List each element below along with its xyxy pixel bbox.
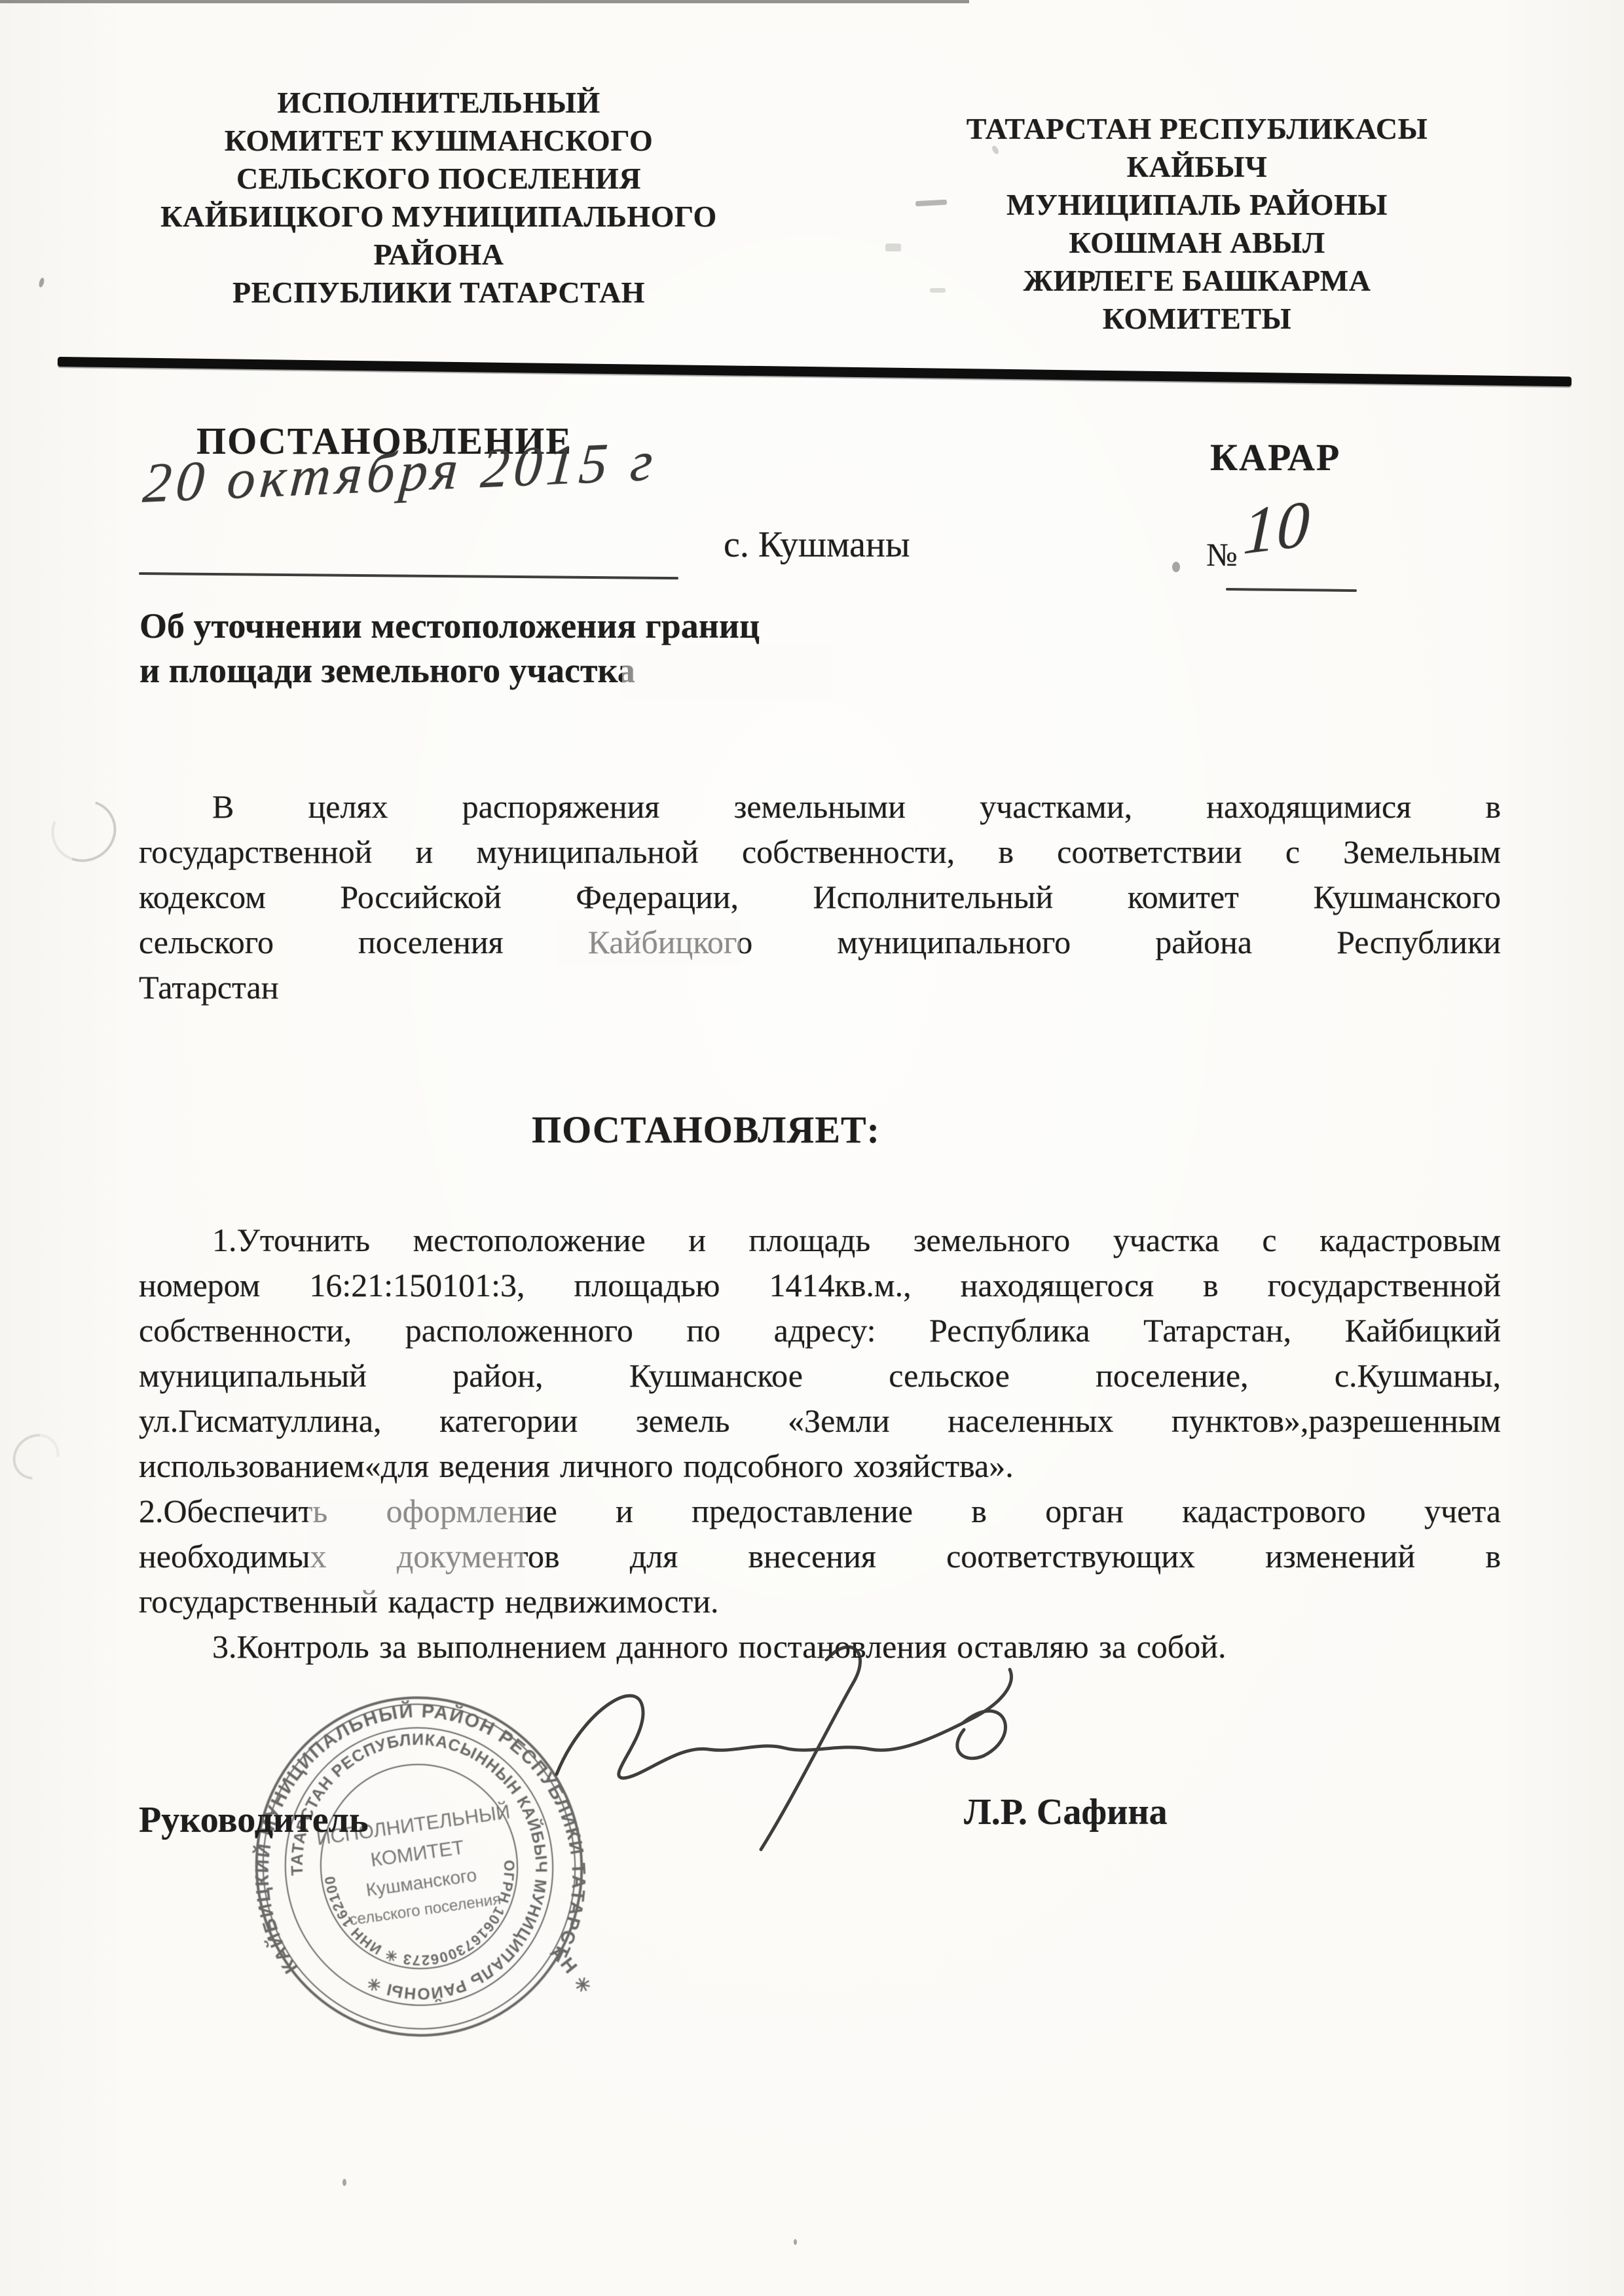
letterhead-russian: ИСПОЛНИТЕЛЬНЫЙКОМИТЕТ КУШМАНСКОГОСЕЛЬСКО…	[118, 84, 760, 312]
text-line: ТАТАРСТАН РЕСПУБЛИКАСЫ	[889, 110, 1505, 148]
text-line: КАЙБЫЧ	[889, 148, 1505, 186]
header-divider-line	[58, 357, 1572, 386]
letterhead-tatar-lines: ТАТАРСТАН РЕСПУБЛИКАСЫКАЙБЫЧМУНИЦИПАЛЬ Р…	[889, 110, 1505, 338]
ink-dot-artifact	[1172, 562, 1180, 572]
text-line: собственности, расположенного по адресу:…	[139, 1308, 1501, 1353]
svg-text:КОМИТЕТ: КОМИТЕТ	[369, 1836, 466, 1871]
speck-artifact	[342, 2179, 346, 2186]
speck-artifact	[794, 2239, 797, 2245]
text-line: ИСПОЛНИТЕЛЬНЫЙ	[118, 84, 760, 122]
text-line: государственный кадастр недвижимости.	[139, 1579, 1501, 1624]
intro-paragraph-lines: В целях распоряжения земельными участкам…	[139, 784, 1501, 1010]
text-line: номером 16:21:150101:3, площадью 1414кв.…	[139, 1263, 1501, 1308]
text-line: ул.Гисматуллина, категории земель «Земли…	[139, 1398, 1501, 1444]
text-line: и площади земельного участка	[139, 648, 1056, 693]
text-line: Об уточнении местоположения границ	[139, 604, 1056, 648]
date-underline	[139, 572, 678, 579]
subject-heading: Об уточнении местоположения граници площ…	[139, 604, 1056, 693]
text-line: КОМИТЕТ КУШМАНСКОГО	[118, 122, 760, 160]
text-line: сельского поселения Кайбицкого муниципал…	[139, 920, 1501, 965]
text-line: КАЙБИЦКОГО МУНИЦИПАЛЬНОГО	[118, 198, 760, 236]
signer-name: Л.Р. Сафина	[964, 1791, 1168, 1833]
text-line: 2.Обеспечить оформление и предоставление…	[139, 1489, 1501, 1534]
handwritten-number: 10	[1242, 485, 1312, 570]
text-line: РЕСПУБЛИКИ ТАТАРСТАН	[118, 274, 760, 312]
text-line: Татарстан	[139, 965, 1501, 1010]
item-2-paragraph: 2.Обеспечить оформление и предоставление…	[139, 1489, 1501, 1624]
text-line: государственной и муниципальной собствен…	[139, 829, 1501, 875]
letterhead-russian-lines: ИСПОЛНИТЕЛЬНЫЙКОМИТЕТ КУШМАНСКОГОСЕЛЬСКО…	[118, 84, 760, 312]
text-line: 1.Уточнить местоположение и площадь земе…	[139, 1218, 1501, 1263]
intro-paragraph: В целях распоряжения земельными участкам…	[139, 784, 1501, 1010]
text-line: ЖИРЛЕГЕ БАШКАРМА	[889, 262, 1505, 300]
text-line: РАЙОНА	[118, 236, 760, 274]
resolves-heading: ПОСТАНОВЛЯЕТ:	[532, 1108, 880, 1152]
text-line: КОШМАН АВЫЛ	[889, 224, 1505, 262]
text-line: КОМИТЕТЫ	[889, 300, 1505, 338]
place-label: с. Кушманы	[724, 524, 910, 566]
speck-artifact	[38, 277, 45, 287]
text-line: кодексом Российской Федерации, Исполните…	[139, 875, 1501, 920]
scan-ring-artifact	[41, 789, 126, 872]
item-1-paragraph: 1.Уточнить местоположение и площадь земе…	[139, 1218, 1501, 1489]
text-line: использованием«для ведения личного подсо…	[139, 1444, 1501, 1489]
number-underline	[1226, 588, 1357, 592]
scan-ring-artifact	[3, 1425, 68, 1489]
text-line: МУНИЦИПАЛЬ РАЙОНЫ	[889, 186, 1505, 224]
text-line: СЕЛЬСКОГО ПОСЕЛЕНИЯ	[118, 160, 760, 198]
text-line: необходимых документов для внесения соот…	[139, 1534, 1501, 1579]
number-sign: №	[1206, 536, 1238, 574]
text-line: муниципальный район, Кушманское сельское…	[139, 1353, 1501, 1398]
svg-text:Кушманского: Кушманского	[365, 1865, 478, 1900]
signer-title: Руководитель	[139, 1799, 369, 1841]
subject-heading-lines: Об уточнении местоположения граници площ…	[139, 604, 1056, 693]
scanned-decree-page: ИСПОЛНИТЕЛЬНЫЙКОМИТЕТ КУШМАНСКОГОСЕЛЬСКО…	[0, 0, 1624, 2296]
item-1-lines: 1.Уточнить местоположение и площадь земе…	[139, 1218, 1501, 1489]
letterhead-tatar: ТАТАРСТАН РЕСПУБЛИКАСЫКАЙБЫЧМУНИЦИПАЛЬ Р…	[889, 110, 1505, 338]
doc-title-tatar: КАРАР	[1210, 435, 1340, 479]
scan-edge-artifact	[0, 0, 969, 3]
text-line: В целях распоряжения земельными участкам…	[139, 784, 1501, 829]
item-2-lines: 2.Обеспечить оформление и предоставление…	[139, 1489, 1501, 1624]
